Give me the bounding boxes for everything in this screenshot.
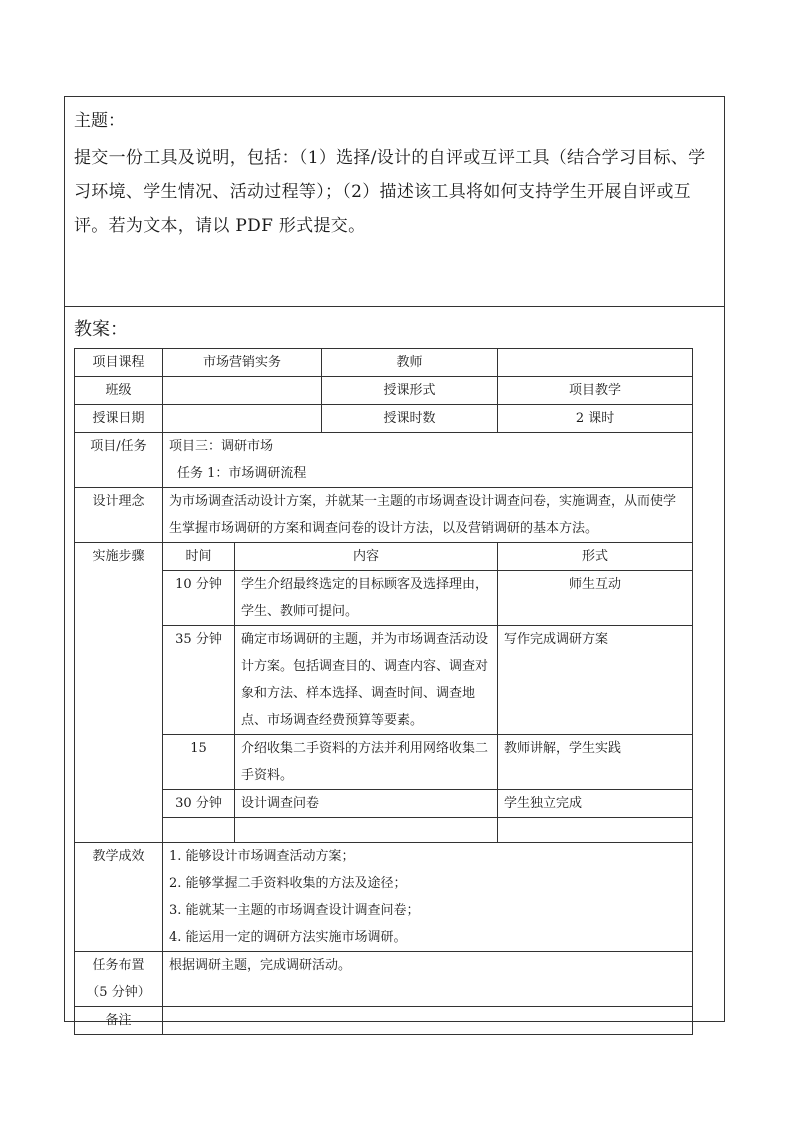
notes-label: 备注	[75, 1007, 163, 1035]
step-form	[498, 818, 693, 843]
steps-label: 实施步骤	[75, 543, 163, 843]
outcomes-list: 1. 能够设计市场调查活动方案； 2. 能够掌握二手资料收集的方法及途径； 3.…	[163, 843, 693, 952]
step-time: 15	[163, 735, 235, 790]
task-task: 任务 1：市场调研流程	[169, 460, 686, 487]
step-form: 教师讲解，学生实践	[498, 735, 693, 790]
steps-header-time: 时间	[163, 543, 235, 571]
date-value	[163, 405, 322, 433]
format-label: 授课形式	[322, 377, 498, 405]
hours-label: 授课时数	[322, 405, 498, 433]
teacher-label: 教师	[322, 349, 498, 377]
step-time: 35 分钟	[163, 626, 235, 735]
step-time	[163, 818, 235, 843]
course-value: 市场营销实务	[163, 349, 322, 377]
task-project: 项目三：调研市场	[169, 433, 686, 460]
steps-header-form: 形式	[498, 543, 693, 571]
format-value: 项目教学	[498, 377, 693, 405]
step-form: 学生独立完成	[498, 790, 693, 818]
step-time: 30 分钟	[163, 790, 235, 818]
task-label: 项目/任务	[75, 433, 163, 488]
outcome-item: 3. 能就某一主题的市场调查设计调查问卷；	[169, 897, 686, 924]
steps-header-content: 内容	[235, 543, 498, 571]
step-form: 师生互动	[498, 571, 693, 626]
assignment-value: 根据调研主题，完成调研活动。	[163, 952, 693, 1007]
step-content: 确定市场调研的主题，并为市场调查活动设计方案。包括调查目的、调查内容、调查对象和…	[235, 626, 498, 735]
date-label: 授课日期	[75, 405, 163, 433]
assignment-duration: （5 分钟）	[81, 979, 156, 1006]
outcome-item: 4. 能运用一定的调研方法实施市场调研。	[169, 924, 686, 951]
teacher-value	[498, 349, 693, 377]
lesson-plan-title: 教案：	[74, 315, 128, 341]
course-label: 项目课程	[75, 349, 163, 377]
step-content	[235, 818, 498, 843]
outcome-item: 1. 能够设计市场调查活动方案；	[169, 843, 686, 870]
topic-title: 主题：	[74, 109, 716, 133]
notes-value	[163, 1007, 693, 1035]
class-value	[163, 377, 322, 405]
concept-label: 设计理念	[75, 488, 163, 543]
class-label: 班级	[75, 377, 163, 405]
lesson-plan-table: 项目课程 市场营销实务 教师 班级 授课形式 项目教学 授课日期 授课时数 2 …	[74, 348, 693, 1035]
concept-value: 为市场调查活动设计方案，并就某一主题的市场调查设计调查问卷，实施调查，从而使学生…	[163, 488, 693, 543]
assignment-label: 任务布置 （5 分钟）	[75, 952, 163, 1007]
topic-section: 主题： 提交一份工具及说明，包括：（1）选择/设计的自评或互评工具（结合学习目标…	[65, 97, 724, 307]
hours-value: 2 课时	[498, 405, 693, 433]
step-content: 设计调查问卷	[235, 790, 498, 818]
assignment-label-text: 任务布置	[81, 952, 156, 979]
task-value: 项目三：调研市场 任务 1：市场调研流程	[163, 433, 693, 488]
step-content: 学生介绍最终选定的目标顾客及选择理由，学生、教师可提问。	[235, 571, 498, 626]
step-time: 10 分钟	[163, 571, 235, 626]
outcomes-label: 教学成效	[75, 843, 163, 952]
outcome-item: 2. 能够掌握二手资料收集的方法及途径；	[169, 870, 686, 897]
step-content: 介绍收集二手资料的方法并利用网络收集二手资料。	[235, 735, 498, 790]
document-frame: 主题： 提交一份工具及说明，包括：（1）选择/设计的自评或互评工具（结合学习目标…	[64, 96, 725, 1022]
step-form: 写作完成调研方案	[498, 626, 693, 735]
topic-body: 提交一份工具及说明，包括：（1）选择/设计的自评或互评工具（结合学习目标、学习环…	[74, 141, 716, 243]
